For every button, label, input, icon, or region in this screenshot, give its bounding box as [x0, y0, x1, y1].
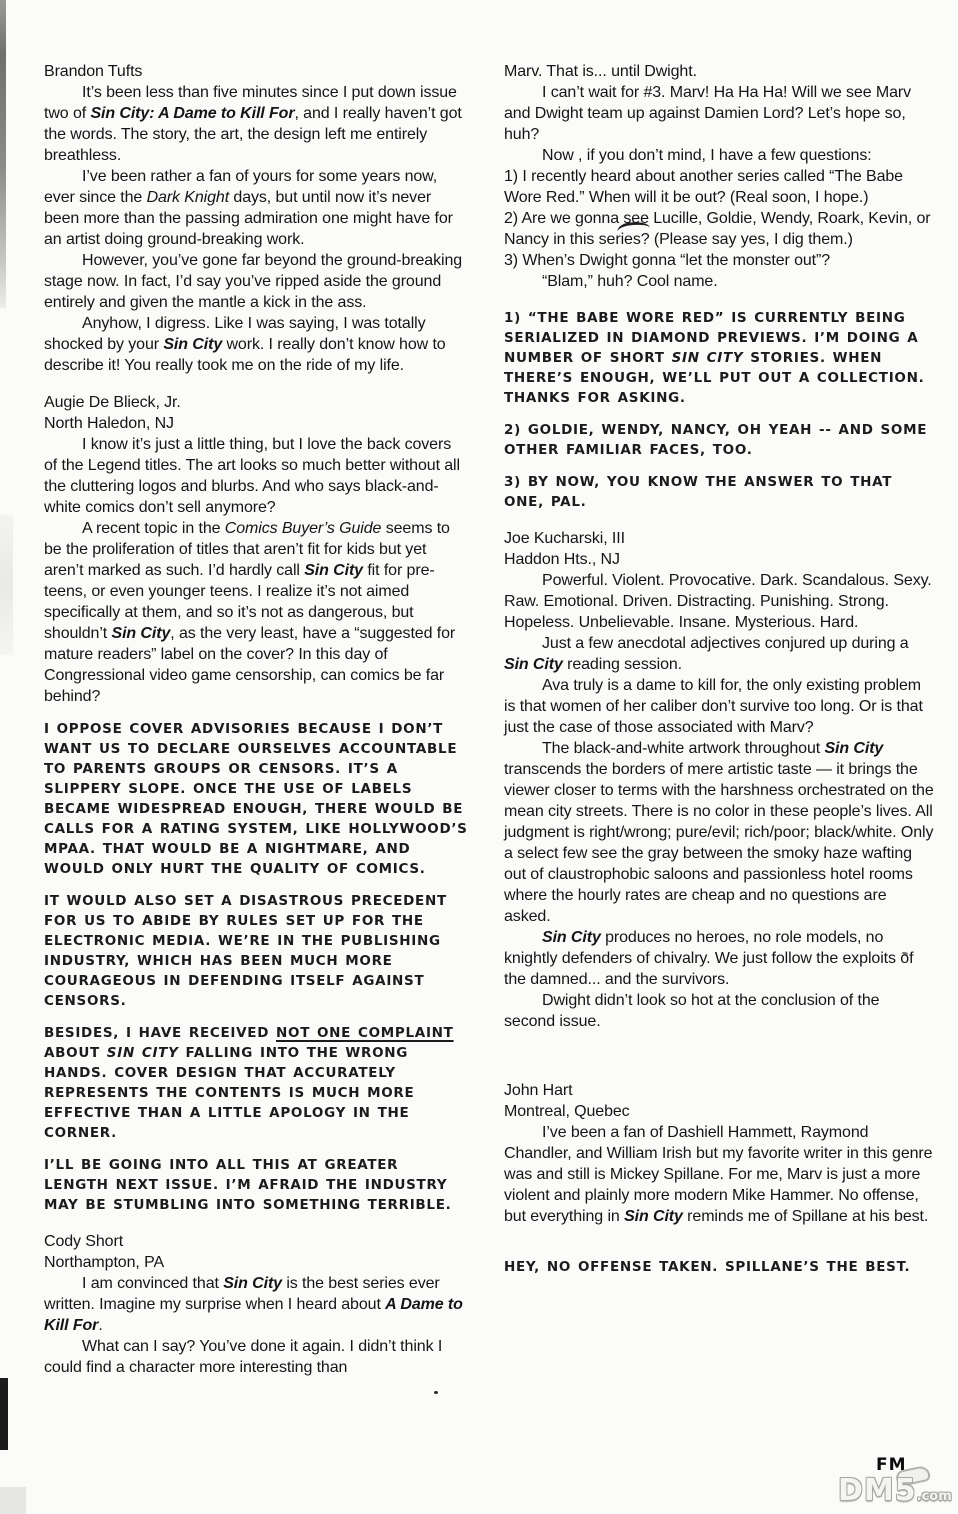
editor-reply-paragraph: 3) BY NOW, YOU KNOW THE ANSWER TO THAT O… — [504, 472, 934, 512]
stray-ink-dot — [434, 1391, 438, 1394]
letter-paragraph: A recent topic in the Comics Buyer’s Gui… — [44, 518, 468, 707]
scan-edge-artifact-bottom — [0, 1378, 8, 1450]
letter-paragraph: Powerful. Violent. Provocative. Dark. Sc… — [504, 570, 934, 633]
sender-line: Cody Short — [44, 1231, 468, 1252]
editor-reply-paragraph: 2) GOLDIE, WENDY, NANCY, OH YEAH -- AND … — [504, 420, 934, 460]
letter-paragraph: It’s been less than five minutes since I… — [44, 82, 468, 166]
watermark-text: DM5.com — [838, 1476, 952, 1512]
sender-line: Joe Kucharski, III — [504, 528, 934, 549]
letter-paragraph: 1) I recently heard about another series… — [504, 166, 934, 208]
letters-page: Brandon TuftsIt’s been less than five mi… — [0, 0, 958, 1514]
editor-reply-paragraph: I OPPOSE COVER ADVISORIES BECAUSE I DON’… — [44, 719, 468, 879]
watermark-logo: DM5.com — [838, 1472, 958, 1514]
editor-reply-paragraph: HEY, NO OFFENSE TAKEN. SPILLANE’S THE BE… — [504, 1257, 934, 1277]
editor-reply-paragraph: 1) “THE BABE WORE RED” IS CURRENTLY BEIN… — [504, 308, 934, 408]
sender-line: Brandon Tufts — [44, 61, 468, 82]
letter-paragraph: I know it’s just a little thing, but I l… — [44, 434, 468, 518]
sender-line: Montreal, Quebec — [504, 1101, 934, 1122]
letter-paragraph: I can’t wait for #3. Marv! Ha Ha Ha! Wil… — [504, 82, 934, 145]
letter-paragraph: 3) When’s Dwight gonna “let the monster … — [504, 250, 934, 271]
right-text-column: Marv. That is... until Dwight.I can’t wa… — [504, 61, 934, 1277]
scan-edge-artifact-top — [0, 0, 6, 308]
letter-paragraph: I’ve been rather a fan of yours for some… — [44, 166, 468, 250]
letter-paragraph: Sin City produces no heroes, no role mod… — [504, 927, 934, 990]
letter-paragraph: Marv. That is... until Dwight. — [504, 61, 934, 82]
letter-paragraph: Now , if you don’t mind, I have a few qu… — [504, 145, 934, 166]
sender-line: John Hart — [504, 1080, 934, 1101]
letter-paragraph: 2) Are we gonna see Lucille, Goldie, Wen… — [504, 208, 934, 250]
letter-paragraph: Just a few anecdotal adjectives conjured… — [504, 633, 934, 675]
letter-paragraph: What can I say? You’ve done it again. I … — [44, 1336, 468, 1378]
sender-line: North Haledon, NJ — [44, 413, 468, 434]
sender-line: Haddon Hts., NJ — [504, 549, 934, 570]
letter-paragraph: However, you’ve gone far beyond the grou… — [44, 250, 468, 313]
watermark-suffix: .com — [917, 1489, 952, 1504]
letter-paragraph: “Blam,” huh? Cool name. — [504, 271, 934, 292]
scan-edge-artifact-corner — [0, 1487, 26, 1514]
letter-paragraph: Ava truly is a dame to kill for, the onl… — [504, 675, 934, 738]
left-text-column: Brandon TuftsIt’s been less than five mi… — [44, 61, 468, 1378]
scan-edge-artifact-middle — [0, 515, 13, 655]
letter-paragraph: Anyhow, I digress. Like I was saying, I … — [44, 313, 468, 376]
watermark-name: DM5 — [838, 1473, 917, 1508]
sender-line: Northampton, PA — [44, 1252, 468, 1273]
editor-reply-paragraph: IT WOULD ALSO SET A DISASTROUS PRECEDENT… — [44, 891, 468, 1011]
sender-line: Augie De Blieck, Jr. — [44, 392, 468, 413]
letter-paragraph: I am convinced that Sin City is the best… — [44, 1273, 468, 1336]
letter-paragraph: Dwight didn’t look so hot at the conclus… — [504, 990, 934, 1032]
editor-reply-paragraph: BESIDES, I HAVE RECEIVED NOT ONE COMPLAI… — [44, 1023, 468, 1143]
editor-reply-paragraph: I’LL BE GOING INTO ALL THIS AT GREATER L… — [44, 1155, 468, 1215]
letter-paragraph: The black-and-white artwork throughout S… — [504, 738, 934, 927]
letter-paragraph: I’ve been a fan of Dashiell Hammett, Ray… — [504, 1122, 934, 1227]
